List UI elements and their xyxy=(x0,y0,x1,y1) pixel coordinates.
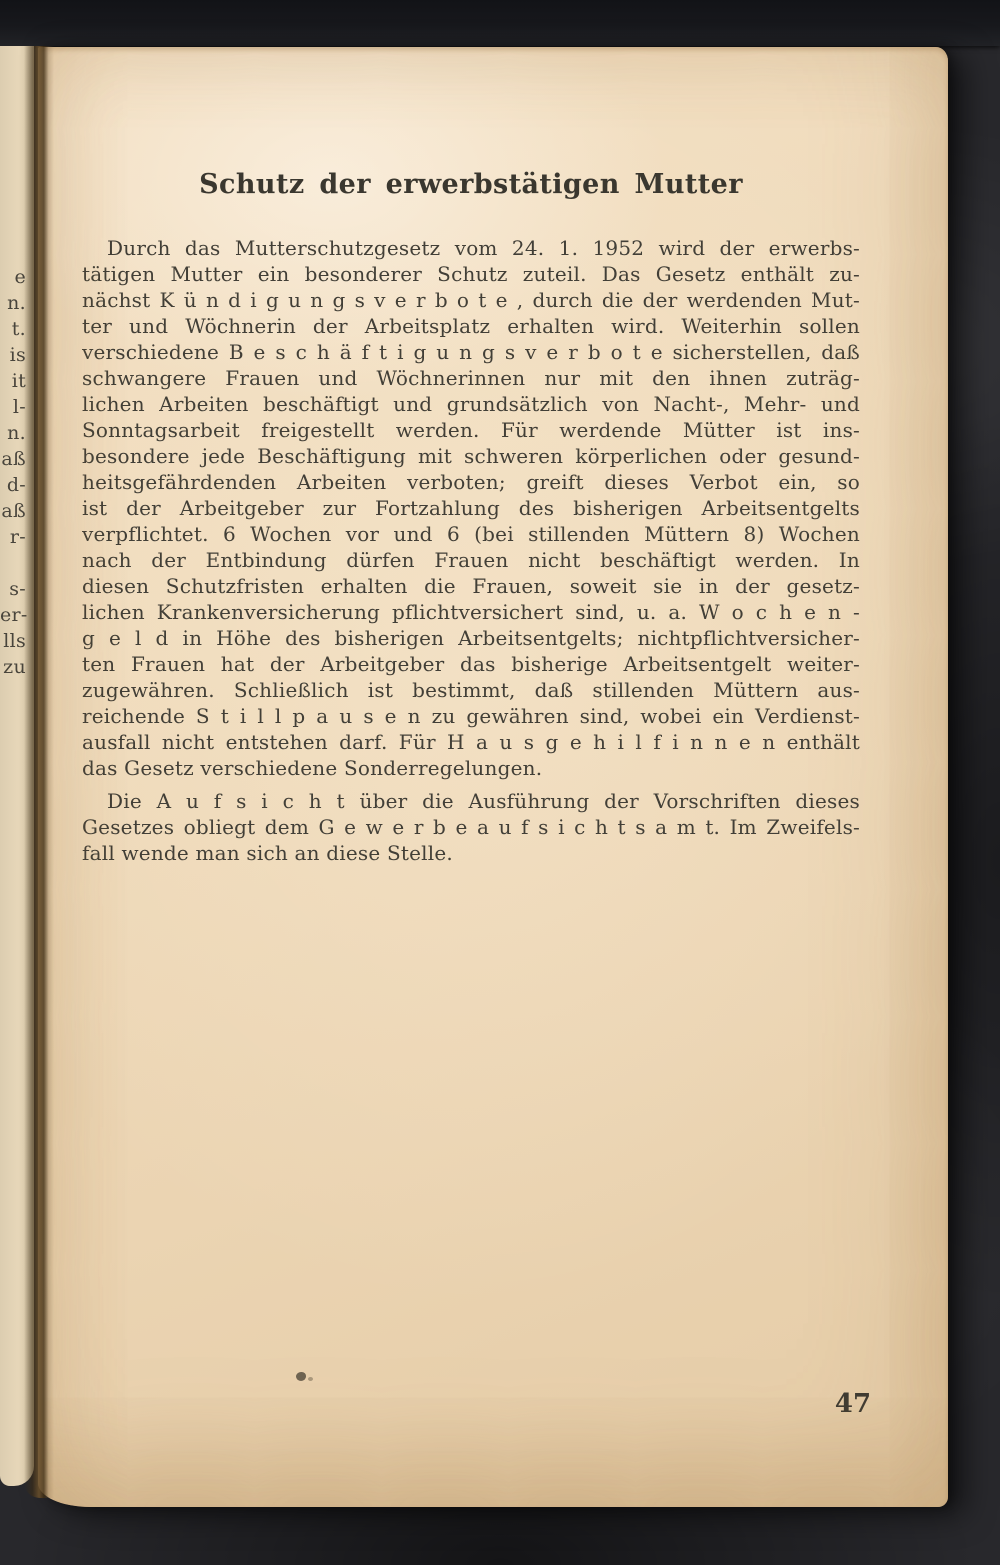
frag-13: er- xyxy=(0,602,26,628)
frag-15: zu xyxy=(0,654,26,680)
frag-8: d- xyxy=(0,472,26,498)
book-gutter-shadow xyxy=(24,46,54,1498)
line-15: g e l d in Höhe des bisherigen Arbeitsen… xyxy=(82,625,860,651)
ink-blot xyxy=(296,1372,306,1381)
frag-4: it xyxy=(0,368,26,394)
frag-3: is xyxy=(0,342,26,368)
frag-5: l- xyxy=(0,394,26,420)
paragraph-2: Die A u f s i c h t über die Ausführung … xyxy=(82,788,860,866)
frag-0: e xyxy=(0,264,26,290)
line-14: lichen Krankenversicherung pflichtversic… xyxy=(82,599,860,625)
line-13: diesen Schutzfristen erhalten die Frauen… xyxy=(82,573,860,599)
line-10: ist der Arbeitgeber zur Fortzahlung des … xyxy=(82,495,860,521)
scan-top-shadow xyxy=(0,0,1000,46)
line-1: tätigen Mutter ein besonderer Schutz zut… xyxy=(82,261,860,287)
frag-2: t. xyxy=(0,316,26,342)
frag-7: aß xyxy=(0,446,26,472)
line-20: das Gesetz verschiedene Sonderregelungen… xyxy=(82,755,860,781)
book-page: Schutz der erwerbstätigen Mutter Durch d… xyxy=(38,47,948,1507)
body-text: Durch das Mutterschutzgesetz vom 24. 1. … xyxy=(82,235,860,866)
line-1: Gesetzes obliegt dem G e w e r b e a u f… xyxy=(82,814,860,840)
line-9: heitsgefährdenden Arbeiten verboten; gre… xyxy=(82,469,860,495)
line-3: ter und Wöchnerin der Arbeitsplatz erhal… xyxy=(82,313,860,339)
line-12: nach der Entbindung dürfen Frauen nicht … xyxy=(82,547,860,573)
page-title: Schutz der erwerbstätigen Mutter xyxy=(82,169,860,200)
line-17: zugewähren. Schließlich ist bestimmt, da… xyxy=(82,677,860,703)
frag-9: aß xyxy=(0,498,26,524)
frag-6: n. xyxy=(0,420,26,446)
line-8: besondere jede Beschäftigung mit schwere… xyxy=(82,443,860,469)
line-16: ten Frauen hat der Arbeitgeber das bishe… xyxy=(82,651,860,677)
paragraph-1: Durch das Mutterschutzgesetz vom 24. 1. … xyxy=(82,235,860,781)
line-2: fall wende man sich an diese Stelle. xyxy=(82,840,860,866)
line-11: verpflichtet. 6 Wochen vor und 6 (bei st… xyxy=(82,521,860,547)
frag-10: r- xyxy=(0,524,26,550)
previous-page-text-fragments: en.t.isitl-n.aßd-aßr- s-er-llszu xyxy=(0,264,26,680)
line-7: Sonntagsarbeit freigestellt werden. Für … xyxy=(82,417,860,443)
line-18: reichende S t i l l p a u s e n zu gewäh… xyxy=(82,703,860,729)
line-0: Die A u f s i c h t über die Ausführung … xyxy=(82,788,860,814)
line-4: verschiedene B e s c h ä f t i g u n g s… xyxy=(82,339,860,365)
scanned-book-page-view: en.t.isitl-n.aßd-aßr- s-er-llszu Schutz … xyxy=(0,0,1000,1565)
line-19: ausfall nicht entstehen darf. Für H a u … xyxy=(82,729,860,755)
frag-12: s- xyxy=(0,576,26,602)
frag-14: lls xyxy=(0,628,26,654)
line-2: nächst K ü n d i g u n g s v e r b o t e… xyxy=(82,287,860,313)
line-5: schwangere Frauen und Wöchnerinnen nur m… xyxy=(82,365,860,391)
line-0: Durch das Mutterschutzgesetz vom 24. 1. … xyxy=(82,235,860,261)
line-6: lichen Arbeiten beschäftigt und grundsät… xyxy=(82,391,860,417)
page-number: 47 xyxy=(818,1389,888,1419)
frag-1: n. xyxy=(0,290,26,316)
